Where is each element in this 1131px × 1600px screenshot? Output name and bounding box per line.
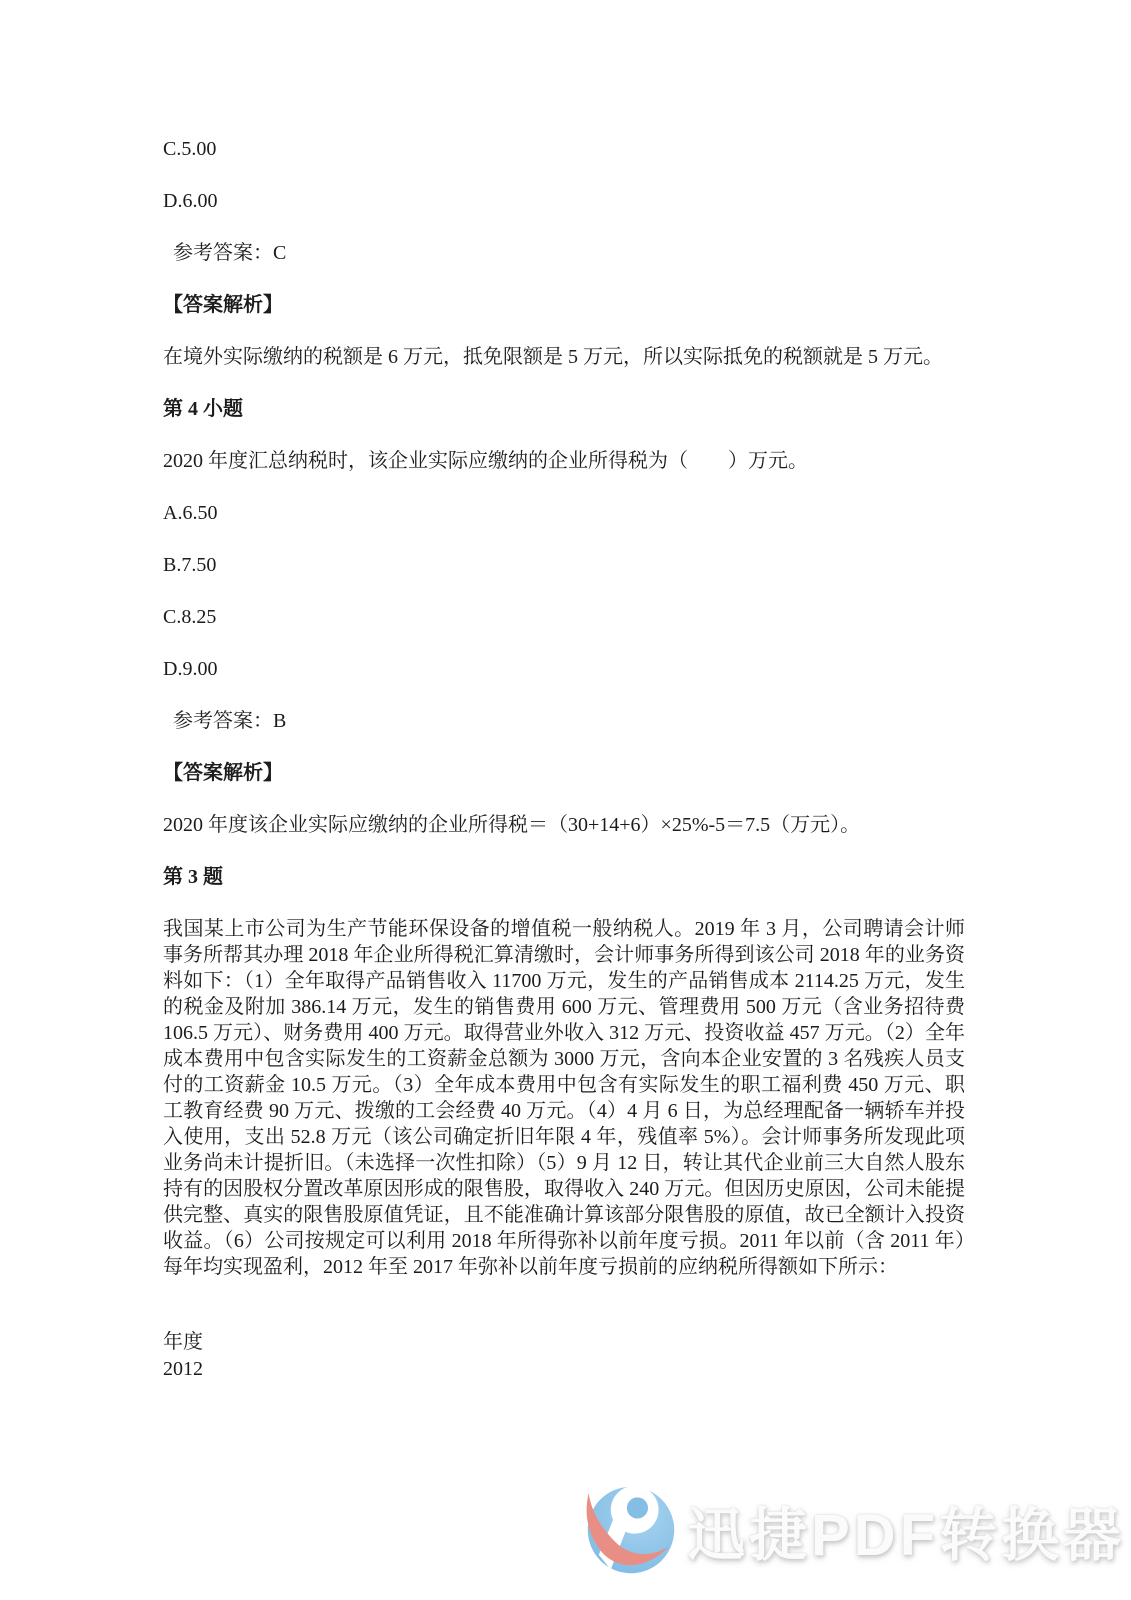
option-b: B.7.50 [163, 552, 965, 578]
reference-answer: 参考答案：C [163, 240, 965, 266]
question-3-body: 我国某上市公司为生产节能环保设备的增值税一般纳税人。2019 年 3 月，公司聘… [163, 916, 965, 1280]
analysis-heading: 【答案解析】 [163, 760, 965, 786]
table-cell-2012: 2012 [163, 1356, 965, 1383]
option-d: D.9.00 [163, 656, 965, 682]
watermark-text: 迅捷PDF转换器 [687, 1488, 1125, 1572]
table-row-label-year: 年度 [163, 1329, 965, 1356]
watermark: 迅捷PDF转换器 [585, 1482, 1125, 1578]
analysis-heading: 【答案解析】 [163, 292, 965, 318]
option-a: A.6.50 [163, 500, 965, 526]
pdf-converter-logo-icon [585, 1484, 677, 1576]
option-c: C.5.00 [163, 136, 965, 162]
option-d: D.6.00 [163, 188, 965, 214]
option-c: C.8.25 [163, 604, 965, 630]
analysis-text: 在境外实际缴纳的税额是 6 万元，抵免限额是 5 万元，所以实际抵免的税额就是 … [163, 344, 965, 370]
analysis-text: 2020 年度该企业实际应缴纳的企业所得税＝（30+14+6）×25%-5＝7.… [163, 812, 965, 838]
reference-answer: 参考答案：B [163, 708, 965, 734]
subquestion-4-stem: 2020 年度汇总纳税时，该企业实际应缴纳的企业所得税为（ ）万元。 [163, 448, 965, 474]
question-3-heading: 第 3 题 [163, 864, 965, 890]
subquestion-4-heading: 第 4 小题 [163, 396, 965, 422]
document-page: C.5.00 D.6.00 参考答案：C 【答案解析】 在境外实际缴纳的税额是 … [163, 136, 965, 1383]
